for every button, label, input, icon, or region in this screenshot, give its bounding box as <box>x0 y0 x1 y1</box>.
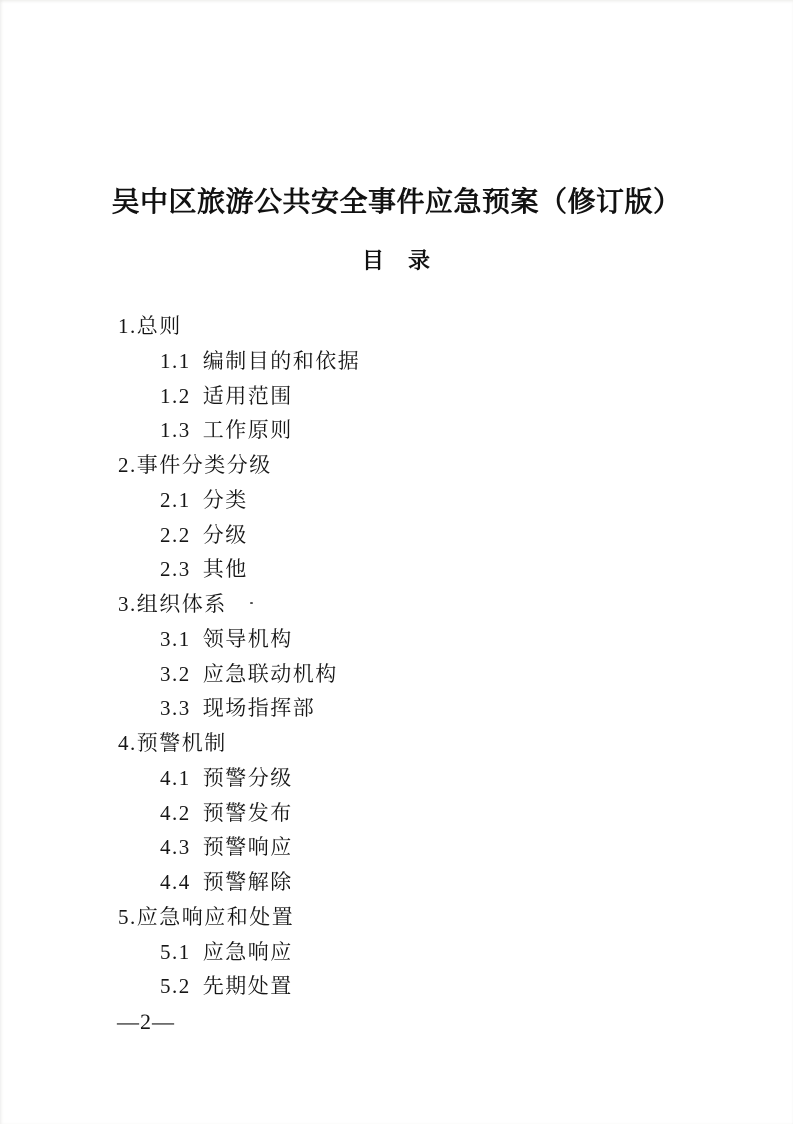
toc-item-number: 4.4 <box>160 870 191 894</box>
toc-item-number: 4. <box>118 731 137 755</box>
toc-item: 4.1预警分级 <box>0 761 793 796</box>
toc-item: 3.3现场指挥部 <box>0 691 793 726</box>
toc-item-number: 3.1 <box>160 627 191 651</box>
document-title: 吴中区旅游公共安全事件应急预案（修订版） <box>0 180 793 220</box>
toc-item: 3.1领导机构 <box>0 622 793 657</box>
toc-item: 1.总则 <box>0 309 793 344</box>
toc-item-number: 5. <box>118 905 137 929</box>
document-page: 吴中区旅游公共安全事件应急预案（修订版） 目 录 1.总则 1.1编制目的和依据… <box>0 0 793 1124</box>
toc-item-label: 预警机制 <box>137 731 227 755</box>
toc-item-number: 4.3 <box>160 835 191 859</box>
toc-item-label: 编制目的和依据 <box>203 349 361 373</box>
toc-item: 4.4预警解除 <box>0 865 793 900</box>
toc-item: 5.应急响应和处置 <box>0 900 793 935</box>
toc-item-label: 适用范围 <box>203 384 293 408</box>
toc-item-label: 分类 <box>203 488 248 512</box>
toc-item-label: 组织体系 <box>137 592 227 616</box>
toc-item: 2.1分类 <box>0 483 793 518</box>
toc-item-number: 2.3 <box>160 557 191 581</box>
toc-item-number: 1.1 <box>160 349 191 373</box>
toc-item-label: 先期处置 <box>203 974 293 998</box>
toc-item: 5.2先期处置 <box>0 969 793 1004</box>
scan-speck-artifact <box>250 602 253 604</box>
toc-item-label: 预警分级 <box>203 766 293 790</box>
toc-item-label: 总则 <box>137 314 182 338</box>
toc-item-label: 预警发布 <box>203 801 293 825</box>
toc-item-label: 事件分类分级 <box>137 453 272 477</box>
toc-item: 4.2预警发布 <box>0 796 793 831</box>
toc-item-number: 1.2 <box>160 384 191 408</box>
toc-item-number: 5.2 <box>160 974 191 998</box>
toc-list: 1.总则 1.1编制目的和依据 1.2适用范围 1.3工作原则 2.事件分类分级… <box>0 309 793 1004</box>
toc-item-number: 1. <box>118 314 137 338</box>
toc-item-number: 2.2 <box>160 523 191 547</box>
toc-item: 2.2分级 <box>0 518 793 553</box>
toc-item: 1.2适用范围 <box>0 379 793 414</box>
toc-item-label: 工作原则 <box>203 418 293 442</box>
toc-item-number: 1.3 <box>160 418 191 442</box>
toc-item-number: 3.3 <box>160 696 191 720</box>
toc-item: 5.1应急响应 <box>0 935 793 970</box>
toc-item-number: 3.2 <box>160 662 191 686</box>
toc-item-label: 领导机构 <box>203 627 293 651</box>
toc-item: 1.3工作原则 <box>0 413 793 448</box>
toc-item: 4.3预警响应 <box>0 830 793 865</box>
toc-item-number: 4.1 <box>160 766 191 790</box>
toc-heading: 目 录 <box>0 244 793 275</box>
toc-item-number: 2.1 <box>160 488 191 512</box>
toc-item-label: 应急联动机构 <box>203 662 338 686</box>
toc-item-label: 其他 <box>203 557 248 581</box>
toc-item: 4.预警机制 <box>0 726 793 761</box>
toc-item-label: 预警解除 <box>203 870 293 894</box>
toc-item-number: 5.1 <box>160 940 191 964</box>
toc-item: 2.3其他 <box>0 552 793 587</box>
page-number: —2— <box>117 1009 175 1035</box>
toc-item-label: 分级 <box>203 523 248 547</box>
toc-item-label: 应急响应和处置 <box>137 905 295 929</box>
toc-item-label: 预警响应 <box>203 835 293 859</box>
toc-item-number: 3. <box>118 592 137 616</box>
toc-item-label: 应急响应 <box>203 940 293 964</box>
toc-item-label: 现场指挥部 <box>203 696 316 720</box>
toc-item: 3.2应急联动机构 <box>0 657 793 692</box>
toc-item: 2.事件分类分级 <box>0 448 793 483</box>
toc-item-number: 4.2 <box>160 801 191 825</box>
toc-item: 1.1编制目的和依据 <box>0 344 793 379</box>
toc-item: 3.组织体系 <box>0 587 793 622</box>
toc-item-number: 2. <box>118 453 137 477</box>
